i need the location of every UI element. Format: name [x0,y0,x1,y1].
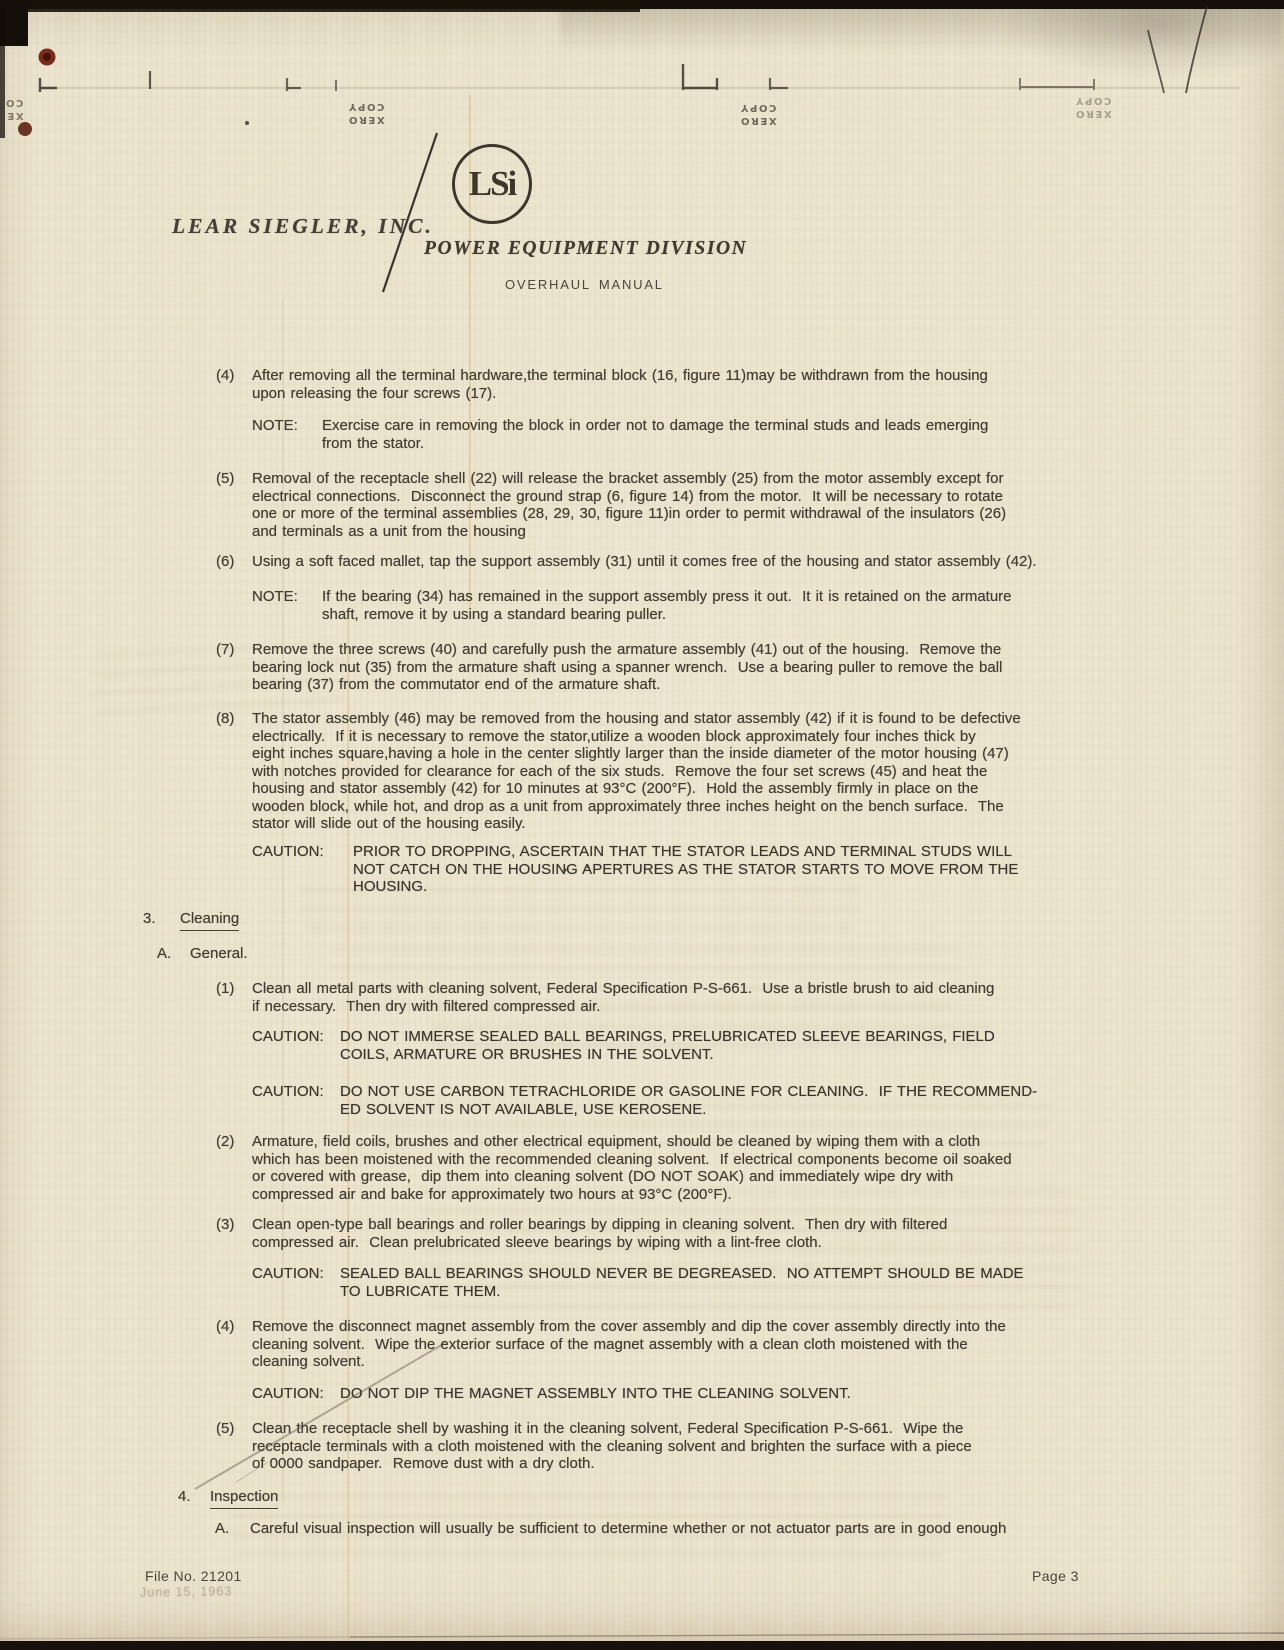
item-label: (3) [216,1216,234,1234]
caution-label: CAUTION: [252,1265,324,1283]
item-label: (4) [216,1318,234,1336]
section-heading-inspection: 4. Inspection [0,1488,1284,1508]
caution-block: CAUTION: DO NOT USE CARBON TETRACHLORIDE… [0,1083,1284,1103]
subsection-title: General. [190,945,248,963]
section-title: Cleaning [180,910,239,931]
stamp-text: COPY [0,96,32,109]
lsi-logo: LSi [452,144,532,224]
note-label: NOTE: [252,417,298,435]
caution-text: DO NOT IMMERSE SEALED BALL BEARINGS, PRE… [340,1028,995,1063]
caution-text: DO NOT DIP THE MAGNET ASSEMBLY INTO THE … [340,1385,851,1403]
xero-copy-stamp: XERO COPY [1066,94,1120,119]
scan-edge-bottom [0,1641,1284,1650]
subsection-general: A. General. [0,945,1284,965]
stamp-text: XERO [339,113,393,126]
caution-block: CAUTION: DO NOT DIP THE MAGNET ASSEMBLY … [0,1385,1284,1405]
item-label: (8) [216,710,234,728]
item-label: (5) [216,1420,234,1438]
note-block: NOTE: If the bearing (34) has remained i… [0,588,1284,608]
file-number: File No. 21201 [145,1568,242,1584]
page-number: Page 3 [1032,1568,1079,1584]
xero-copy-stamp: XERO COPY [339,100,393,125]
stamp-text: XERO [0,109,32,122]
pen-stroke [1186,6,1207,93]
item-label: (1) [216,980,234,998]
ink-dot [18,122,32,136]
caution-text: PRIOR TO DROPPING, ASCERTAIN THAT THE ST… [353,843,1018,896]
lsi-logo-text: LSi [469,164,516,204]
section-number: 3. [143,910,156,928]
item-label: (7) [216,641,234,659]
list-item-7: (7) Remove the three screws (40) and car… [0,641,1284,661]
subsection-letter: A. [215,1520,229,1538]
caution-label: CAUTION: [252,1083,324,1101]
item-label: (4) [216,367,234,385]
note-block: NOTE: Exercise care in removing the bloc… [0,417,1284,437]
document-type: OVERHAUL MANUAL [505,277,664,292]
note-label: NOTE: [252,588,298,606]
stamp-text: COPY [339,100,393,113]
item-text: Remove the disconnect magnet assembly fr… [252,1318,1006,1371]
note-text: Exercise care in removing the block in o… [322,417,988,452]
list-item-8: (8) The stator assembly (46) may be remo… [0,710,1284,730]
caution-text: DO NOT USE CARBON TETRACHLORIDE OR GASOL… [340,1083,1037,1118]
stamp-text: COPY [1066,94,1120,107]
list-item-4: (4) After removing all the terminal hard… [0,367,1284,387]
item-label: (2) [216,1133,234,1151]
caution-block: CAUTION: PRIOR TO DROPPING, ASCERTAIN TH… [0,843,1284,863]
division-name: POWER EQUIPMENT DIVISION [424,238,747,260]
item-text: Remove the three screws (40) and careful… [252,641,1002,694]
item-label: (5) [216,470,234,488]
caution-block: CAUTION: SEALED BALL BEARINGS SHOULD NEV… [0,1265,1284,1285]
caution-label: CAUTION: [252,1028,324,1046]
stamp-text: XERO [1066,107,1120,120]
company-name: LEAR SIEGLER, INC. [172,214,434,239]
xero-copy-stamp: XERO COPY [0,96,32,121]
list-item-1: (1) Clean all metal parts with cleaning … [0,980,1284,1000]
list-item-5: (5) Removal of the receptacle shell (22)… [0,470,1284,490]
list-item-3: (3) Clean open-type ball bearings and ro… [0,1216,1284,1236]
list-item-5b: (5) Clean the receptacle shell by washin… [0,1420,1284,1440]
caution-text: SEALED BALL BEARINGS SHOULD NEVER BE DEG… [340,1265,1024,1300]
item-text: The stator assembly (46) may be removed … [252,710,1021,833]
item-text: Armature, field coils, brushes and other… [252,1133,1012,1203]
list-item-2: (2) Armature, field coils, brushes and o… [0,1133,1284,1153]
subsection-inspection-a: A. Careful visual inspection will usuall… [0,1520,1284,1540]
subsection-text: Careful visual inspection will usually b… [250,1520,1006,1538]
document-page: XERO COPY XERO COPY XERO COPY XERO COPY … [0,0,1284,1650]
caution-label: CAUTION: [252,843,324,861]
section-title: Inspection [210,1488,278,1509]
item-text: Removal of the receptacle shell (22) wil… [252,470,1006,540]
caution-block: CAUTION: DO NOT IMMERSE SEALED BALL BEAR… [0,1028,1284,1048]
item-text: After removing all the terminal hardware… [252,367,988,402]
stamp-text: XERO [731,114,785,127]
item-text: Using a soft faced mallet, tap the suppo… [252,553,1037,571]
note-text: If the bearing (34) has remained in the … [322,588,1012,623]
list-item-6: (6) Using a soft faced mallet, tap the s… [0,553,1284,573]
item-text: Clean open-type ball bearings and roller… [252,1216,947,1251]
item-text: Clean the receptacle shell by washing it… [252,1420,972,1473]
item-label: (6) [216,553,234,571]
pen-stroke [1148,30,1164,93]
stamp-text: COPY [731,101,785,114]
section-heading-cleaning: 3. Cleaning [0,910,1284,930]
list-item-4b: (4) Remove the disconnect magnet assembl… [0,1318,1284,1338]
xero-copy-stamp: XERO COPY [731,101,785,126]
revision-date: June 15, 1963 [140,1584,232,1600]
subsection-letter: A. [157,945,171,963]
section-number: 4. [178,1488,191,1506]
header-slash [383,133,437,292]
item-text: Clean all metal parts with cleaning solv… [252,980,994,1015]
caution-label: CAUTION: [252,1385,324,1403]
